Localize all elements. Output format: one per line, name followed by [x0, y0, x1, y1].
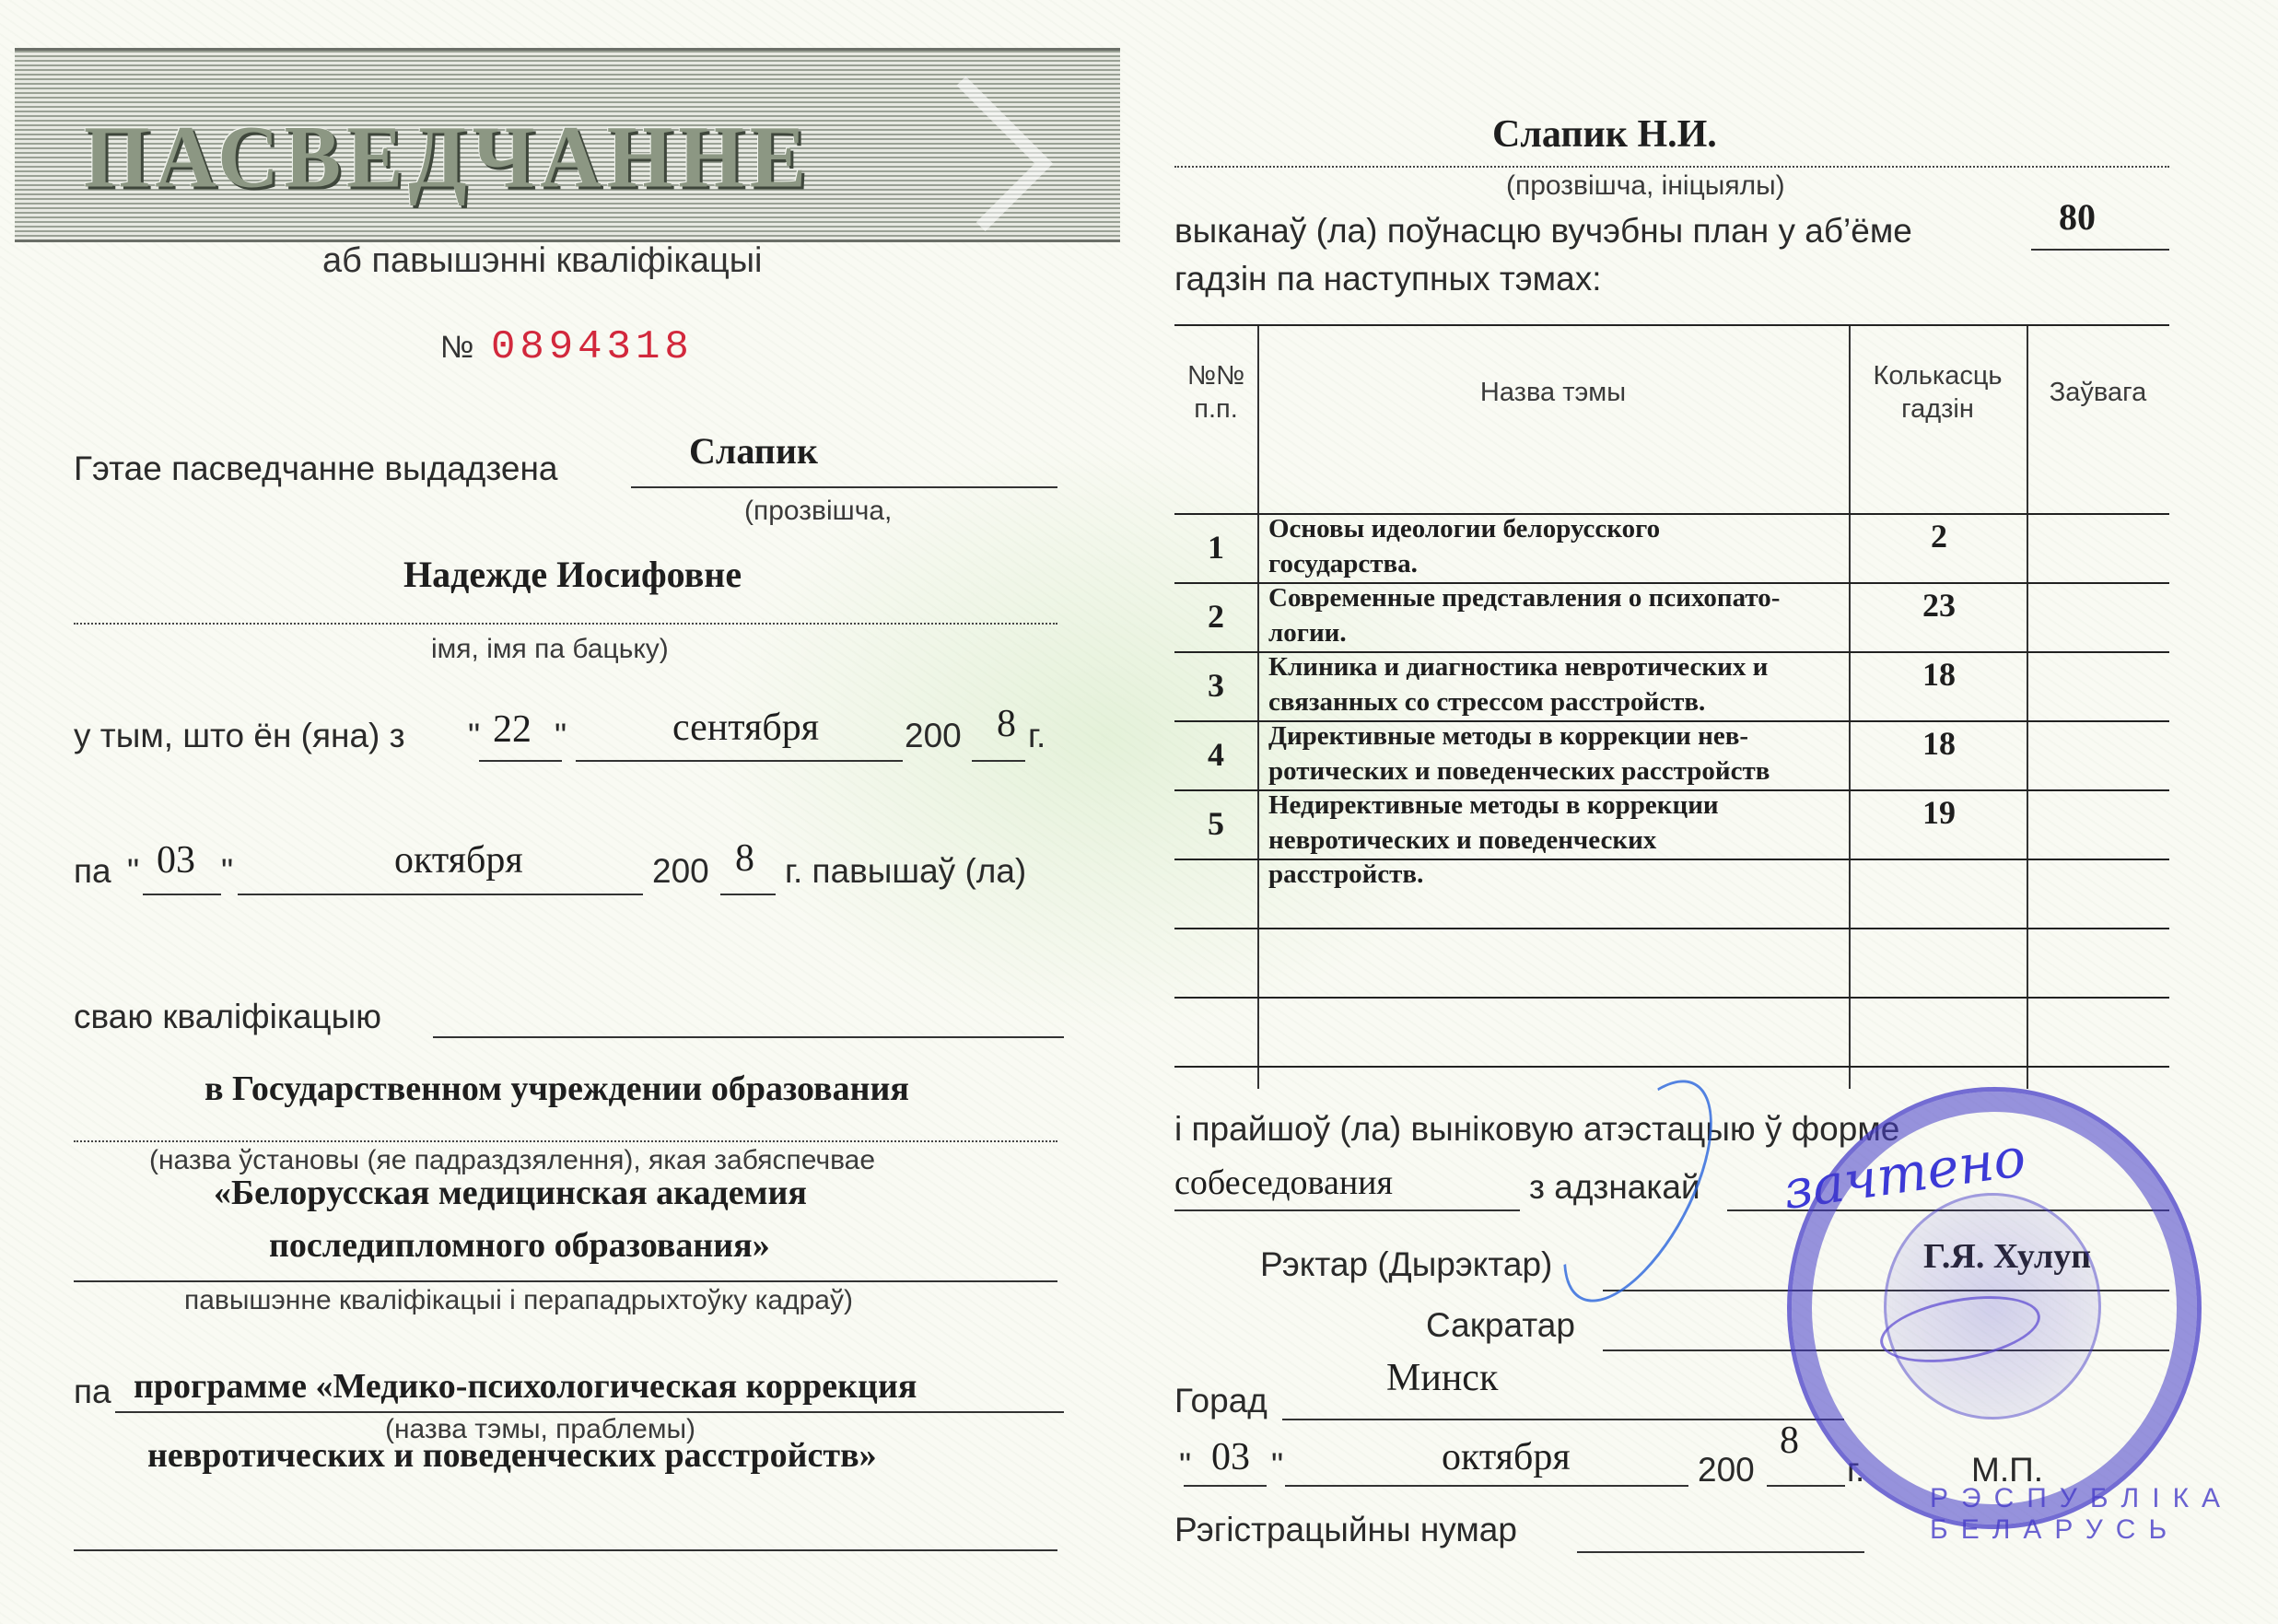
table-row: 5Недирективные методы в коррекцииневроти…	[1174, 789, 2169, 859]
program-underline-1	[115, 1411, 1064, 1413]
row-topic-line-1: Современные представления о психопато-	[1268, 580, 1858, 615]
from-month: сентября	[672, 706, 819, 750]
row-topic-line-2: ротических и поведенческих расстройств	[1268, 754, 1858, 789]
from-year-underline	[972, 760, 1025, 762]
from-year-suffix: г.	[1028, 717, 1046, 755]
header-topic: Назва тэмы	[1257, 376, 1849, 409]
from-label: у тым, што ён (яна) з	[74, 717, 405, 755]
row-topic-line-2: невротических и поведенческих	[1268, 823, 1858, 858]
surname-underline	[631, 486, 1057, 488]
header-note: Заўвага	[2027, 376, 2169, 409]
issued-to-label: Гэтае пасведчанне выдадзена	[74, 450, 558, 488]
row-number: 5	[1174, 804, 1257, 843]
to-label: па	[74, 852, 111, 891]
issue-day-underline	[1184, 1485, 1267, 1487]
document-number: № 0894318	[440, 324, 694, 370]
row-topic: расстройств.	[1268, 857, 1858, 892]
quote-open: "	[1179, 1446, 1191, 1485]
row-topic-line-2: связанных со стрессом расстройств.	[1268, 684, 1858, 719]
from-month-underline	[576, 760, 903, 762]
row-topic-line-1: Недирективные методы в коррекции	[1268, 788, 1858, 823]
registration-label: Рэгістрацыйны нумар	[1174, 1511, 1517, 1549]
table-row: 4Директивные методы в коррекции нев-роти…	[1174, 720, 2169, 789]
registration-underline	[1577, 1551, 1864, 1553]
secretary-label: Сакратар	[1426, 1306, 1575, 1345]
quote-close: "	[555, 717, 567, 755]
given-names-caption: імя, імя па бацьку)	[431, 634, 669, 665]
row-topic-line-1: Директивные методы в коррекции нев-	[1268, 719, 1858, 754]
chevron-ornament-icon	[898, 76, 1053, 231]
table-row: расстройств.	[1174, 859, 2169, 928]
given-names-value: Надежде Иосифовне	[403, 553, 742, 596]
header-number-line-2: п.п.	[1174, 392, 1257, 426]
institution-underline-2	[74, 1280, 1057, 1282]
row-hours: 19	[1852, 793, 2027, 832]
short-name-underline	[1174, 166, 2169, 168]
from-day: 22	[493, 707, 532, 752]
row-hours: 2	[1852, 517, 2027, 555]
row-topic: Клиника и диагностика невротических исвя…	[1268, 649, 1858, 719]
seal-outer-text: РЭСПУБЛІКА БЕЛАРУСЬ	[1930, 1483, 2233, 1546]
from-year-prefix: 200	[905, 717, 962, 755]
institution-caption-2: павышэнне кваліфікацыі і перападрыхтоўку…	[184, 1285, 853, 1316]
row-topic-line-1: Основы идеологии белорусского	[1268, 511, 1858, 546]
issue-year-digit: 8	[1780, 1419, 1799, 1463]
qualification-label: сваю кваліфікацыю	[74, 998, 381, 1036]
row-hours: 23	[1852, 586, 2027, 625]
rector-label: Рэктар (Дырэктар)	[1260, 1245, 1552, 1284]
row-number: 1	[1174, 528, 1257, 567]
to-day-underline	[143, 894, 221, 895]
to-suffix: г. павышаў (ла)	[785, 852, 1026, 891]
row-topic-line-2: логии.	[1268, 615, 1858, 650]
surname-caption: (прозвішча,	[744, 496, 892, 527]
plan-hours-value: 80	[2059, 195, 2096, 239]
institution-line-1: в Государственном учреждении образования	[204, 1069, 909, 1109]
attestation-form-value: собеседования	[1174, 1163, 1393, 1203]
plan-label-2: гадзін па наступных тэмах:	[1174, 260, 1601, 298]
quote-close: "	[1271, 1446, 1283, 1485]
to-year-prefix: 200	[652, 852, 709, 891]
row-border	[1174, 1066, 2169, 1068]
serial-number: 0894318	[491, 324, 694, 370]
program-line-2: невротических и поведенческих расстройст…	[147, 1435, 877, 1476]
topics-table: №№ п.п. Назва тэмы Колькасць гадзін Заўв…	[1174, 324, 2169, 1089]
plan-label: выканаў (ла) поўнасцю вучэбны план у аб’…	[1174, 212, 1912, 251]
table-row	[1174, 997, 2169, 1066]
issue-year-underline	[1767, 1485, 1845, 1487]
issue-month: октября	[1442, 1435, 1571, 1479]
table-top-border	[1174, 324, 2169, 326]
qualification-underline	[433, 1036, 1064, 1038]
header-hours: Колькасць гадзін	[1849, 359, 2027, 426]
issue-year-prefix: 200	[1698, 1451, 1755, 1490]
number-label: №	[440, 330, 473, 365]
table-row	[1174, 928, 2169, 997]
short-name-caption: (прозвішча, ініцыялы)	[1506, 170, 1785, 202]
document-subtitle: аб павышэнні кваліфікацыі	[322, 241, 762, 281]
short-name-value: Слапик Н.И.	[1492, 112, 1717, 157]
row-topic-line-1: расстройств.	[1268, 857, 1858, 892]
to-year-underline	[720, 894, 776, 895]
row-number: 4	[1174, 735, 1257, 774]
institution-underline-1	[74, 1140, 1057, 1142]
quote-open: "	[468, 717, 480, 755]
table-row: 3Клиника и диагностика невротических исв…	[1174, 651, 2169, 720]
city-underline	[1282, 1419, 1844, 1420]
row-topic: Основы идеологии белорусскогогосударства…	[1268, 511, 1858, 581]
program-line-1: программе «Медико-психологическая коррек…	[134, 1366, 917, 1407]
to-day: 03	[157, 838, 195, 882]
program-underline-2	[74, 1549, 1057, 1551]
header-hours-line-2: гадзін	[1849, 392, 2027, 426]
to-year-digit: 8	[735, 836, 754, 881]
to-month-underline	[238, 894, 643, 895]
institution-line-2: «Белорусская медицинская академия	[214, 1173, 807, 1213]
quote-open: "	[127, 852, 139, 891]
row-topic-line-1: Клиника и диагностика невротических и	[1268, 649, 1858, 684]
program-label: па	[74, 1373, 111, 1411]
from-year-digit: 8	[997, 702, 1016, 746]
given-names-underline	[74, 623, 1057, 625]
from-day-underline	[479, 760, 562, 762]
row-topic-line-2: государства.	[1268, 546, 1858, 581]
header-hours-line-1: Колькасць	[1849, 359, 2027, 392]
row-number: 3	[1174, 666, 1257, 705]
row-topic: Современные представления о психопато-ло…	[1268, 580, 1858, 650]
row-number: 2	[1174, 597, 1257, 636]
header-number: №№ п.п.	[1174, 359, 1257, 426]
title-banner: ПАСВЕДЧАННЕ	[15, 48, 1120, 242]
city-label: Горад	[1174, 1382, 1268, 1420]
to-month: октября	[394, 838, 523, 882]
row-topic: Директивные методы в коррекции нев-ротич…	[1268, 719, 1858, 789]
row-hours: 18	[1852, 724, 2027, 763]
attestation-form-underline	[1174, 1209, 1520, 1211]
surname-value: Слапик	[689, 429, 818, 473]
document-title: ПАСВЕДЧАННЕ	[15, 105, 881, 207]
attestation-label: і прайшоў (ла) выніковую атэстацыю ў фор…	[1174, 1110, 1899, 1149]
header-number-line-1: №№	[1174, 359, 1257, 392]
city-value: Минск	[1386, 1356, 1498, 1400]
row-hours: 18	[1852, 655, 2027, 694]
institution-caption-1: (назва ўстановы (яе падраздзялення), яка…	[149, 1145, 875, 1176]
table-row: 1Основы идеологии белорусскогогосударств…	[1174, 513, 2169, 582]
issue-day: 03	[1211, 1435, 1250, 1479]
row-topic: Недирективные методы в коррекцииневротич…	[1268, 788, 1858, 858]
issue-month-underline	[1285, 1485, 1688, 1487]
quote-close: "	[221, 852, 233, 891]
table-row: 2Современные представления о психопато-л…	[1174, 582, 2169, 651]
plan-hours-underline	[2031, 249, 2169, 251]
institution-line-3: последипломного образования»	[269, 1225, 770, 1266]
